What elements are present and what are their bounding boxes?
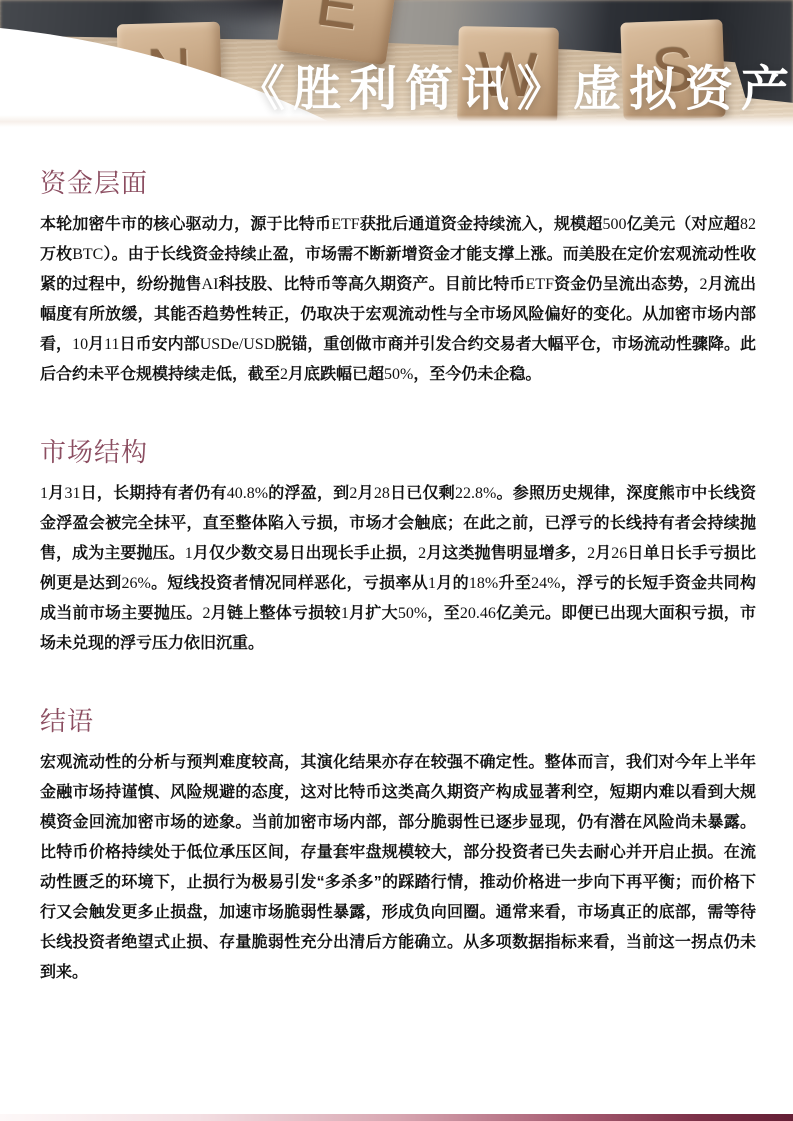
newsletter-title: 《胜利简讯》虚拟资产 (237, 50, 793, 119)
header-photo: N E W S 《胜利简讯》虚拟资产 (0, 0, 793, 127)
section-market-structure: 市场结构 1月31日，长期持有者仍有40.8%的浮盈，到2月28日已仅剩22.8… (40, 432, 756, 659)
section-body-funding: 本轮加密牛市的核心驱动力，源于比特币ETF获批后通道资金持续流入，规模超500亿… (40, 210, 756, 390)
footer-gradient-bar (0, 1114, 793, 1121)
section-funding: 资金层面 本轮加密牛市的核心驱动力，源于比特币ETF获批后通道资金持续流入，规模… (40, 163, 756, 390)
section-body-conclusion: 宏观流动性的分析与预判难度较高，其演化结果亦存在较强不确定性。整体而言，我们对今… (40, 748, 756, 988)
section-body-market-structure: 1月31日，长期持有者仍有40.8%的浮盈，到2月28日已仅剩22.8%。参照历… (40, 479, 756, 659)
section-heading-conclusion: 结语 (40, 701, 756, 738)
section-conclusion: 结语 宏观流动性的分析与预判难度较高，其演化结果亦存在较强不确定性。整体而言，我… (40, 701, 756, 988)
section-heading-funding: 资金层面 (40, 163, 756, 200)
newsletter-body: 资金层面 本轮加密牛市的核心驱动力，源于比特币ETF获批后通道资金持续流入，规模… (0, 127, 793, 988)
section-heading-market-structure: 市场结构 (40, 432, 756, 469)
